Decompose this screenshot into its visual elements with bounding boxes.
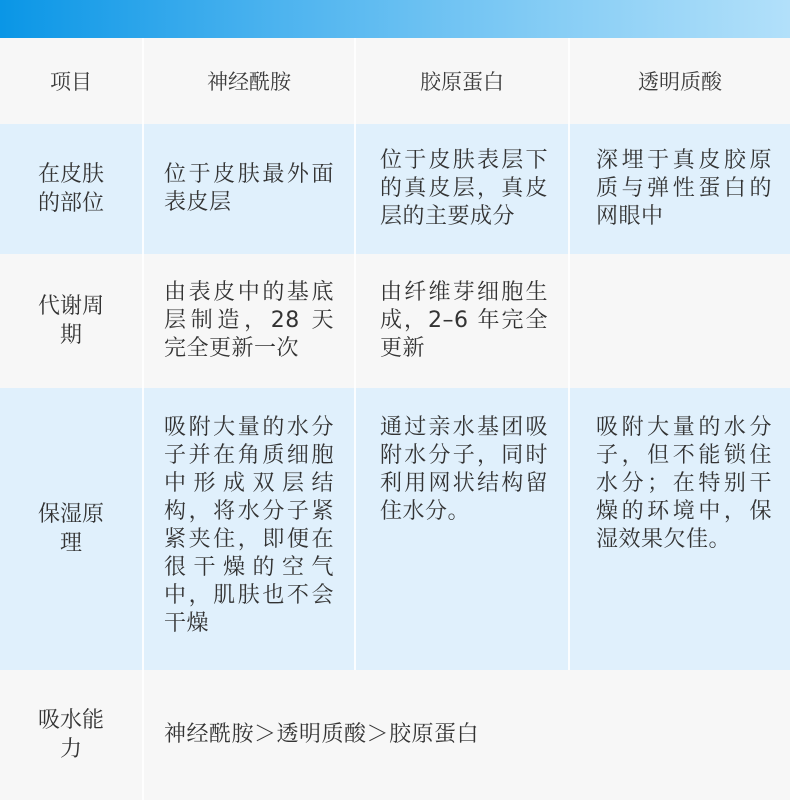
column-divider [568,254,570,388]
header-item: 项目 [0,38,142,124]
comparison-table: 项目 神经酰胺 胶原蛋白 透明质酸 在皮肤的部位 位于皮肤最外面表皮层 位于皮肤… [0,38,790,800]
column-divider [354,388,356,670]
cell-absorption-ranking: 神经酰胺＞透明质酸＞胶原蛋白 [144,670,790,800]
cell-collagen-metabolism: 由纤维芽细胞生成，2–6 年完全更新 [356,254,568,388]
row-label: 在皮肤的部位 [36,160,106,218]
column-divider [354,38,356,124]
row-label-cell: 吸水能力 [0,670,142,800]
cell-ceramide-metabolism: 由表皮中的基底层制造，28 天完全更新一次 [144,254,354,388]
column-divider [142,38,144,124]
column-divider [568,38,570,124]
cell-hyaluronic-principle: 吸附大量的水分子，但不能锁住水分；在特别干燥的环境中，保湿效果欠佳。 [570,388,790,670]
table-row-metabolism: 代谢周期 由表皮中的基底层制造，28 天完全更新一次 由纤维芽细胞生成，2–6 … [0,254,790,388]
cell-ceramide-principle: 吸附大量的水分子并在角质细胞中形成双层结构，将水分子紧紧夹住，即便在很干燥的空气… [144,388,354,670]
column-divider [354,254,356,388]
cell-collagen-location: 位于皮肤表层下的真皮层，真皮层的主要成分 [356,124,568,254]
column-divider [142,124,144,254]
row-label-cell: 保湿原理 [0,388,142,670]
header-ceramide: 神经酰胺 [144,38,354,124]
cell-hyaluronic-metabolism [570,254,790,388]
row-label-cell: 在皮肤的部位 [0,124,142,254]
table-header-row: 项目 神经酰胺 胶原蛋白 透明质酸 [0,38,790,124]
column-divider [568,388,570,670]
column-divider [142,388,144,670]
cell-ceramide-location: 位于皮肤最外面表皮层 [144,124,354,254]
column-divider [568,124,570,254]
header-collagen: 胶原蛋白 [356,38,568,124]
row-label: 保湿原理 [36,500,106,558]
row-label: 吸水能力 [36,706,106,764]
table-row-location: 在皮肤的部位 位于皮肤最外面表皮层 位于皮肤表层下的真皮层，真皮层的主要成分 深… [0,124,790,254]
cell-hyaluronic-location: 深埋于真皮胶原质与弹性蛋白的网眼中 [570,124,790,254]
column-divider [142,670,144,800]
row-label-cell: 代谢周期 [0,254,142,388]
header-hyaluronic-acid: 透明质酸 [570,38,790,124]
column-divider [354,124,356,254]
row-label: 代谢周期 [36,292,106,350]
column-divider [142,254,144,388]
table-row-principle: 保湿原理 吸附大量的水分子并在角质细胞中形成双层结构，将水分子紧紧夹住，即便在很… [0,388,790,670]
table-row-absorption: 吸水能力 神经酰胺＞透明质酸＞胶原蛋白 [0,670,790,800]
header-banner [0,0,790,38]
cell-collagen-principle: 通过亲水基团吸附水分子，同时利用网状结构留住水分。 [356,388,568,670]
